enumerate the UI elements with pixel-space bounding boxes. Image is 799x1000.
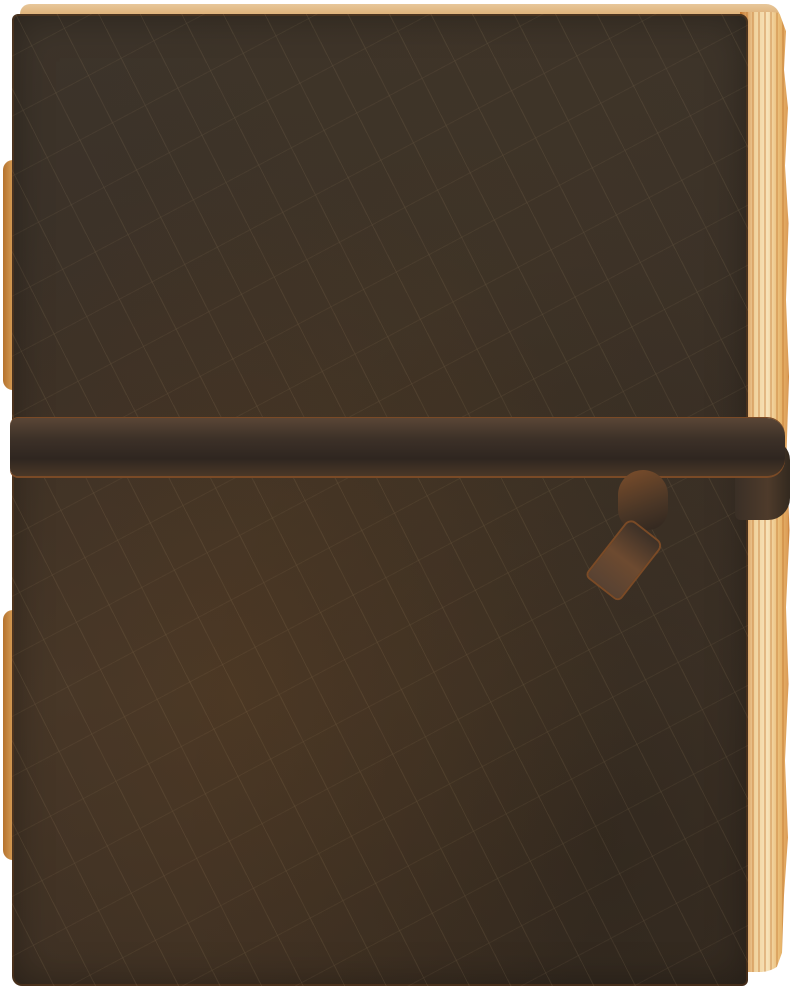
product-photo: Antique-style brown leather journal with…: [0, 0, 799, 1000]
strap-knot-loop: [618, 470, 668, 530]
leather-strap: [10, 418, 785, 476]
